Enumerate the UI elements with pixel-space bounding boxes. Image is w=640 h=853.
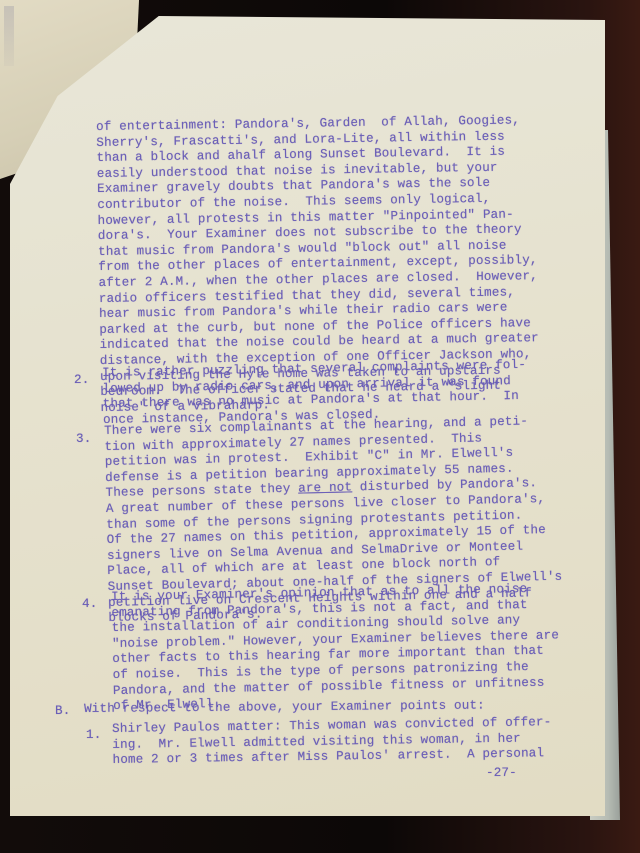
section-b-label: B. (55, 704, 70, 720)
underlined-phrase: are not (298, 481, 352, 496)
page-number: -27- (486, 766, 517, 782)
typewritten-content: of entertainment: Pandora's, Garden of A… (0, 0, 640, 853)
section-b-item-1-paragraph: Shirley Paulos matter: This woman was co… (112, 715, 552, 769)
photo-scene: of entertainment: Pandora's, Garden of A… (0, 0, 640, 853)
item-number-3: 3. (76, 432, 91, 448)
item-4-paragraph: It is your Examiner's opinion that as to… (111, 581, 560, 714)
item-number-2: 2. (74, 373, 89, 389)
section-b-heading: With respect to the above, your Examiner… (84, 699, 485, 718)
item-number-4: 4. (82, 597, 97, 613)
section-b-item-number-1: 1. (86, 728, 101, 744)
